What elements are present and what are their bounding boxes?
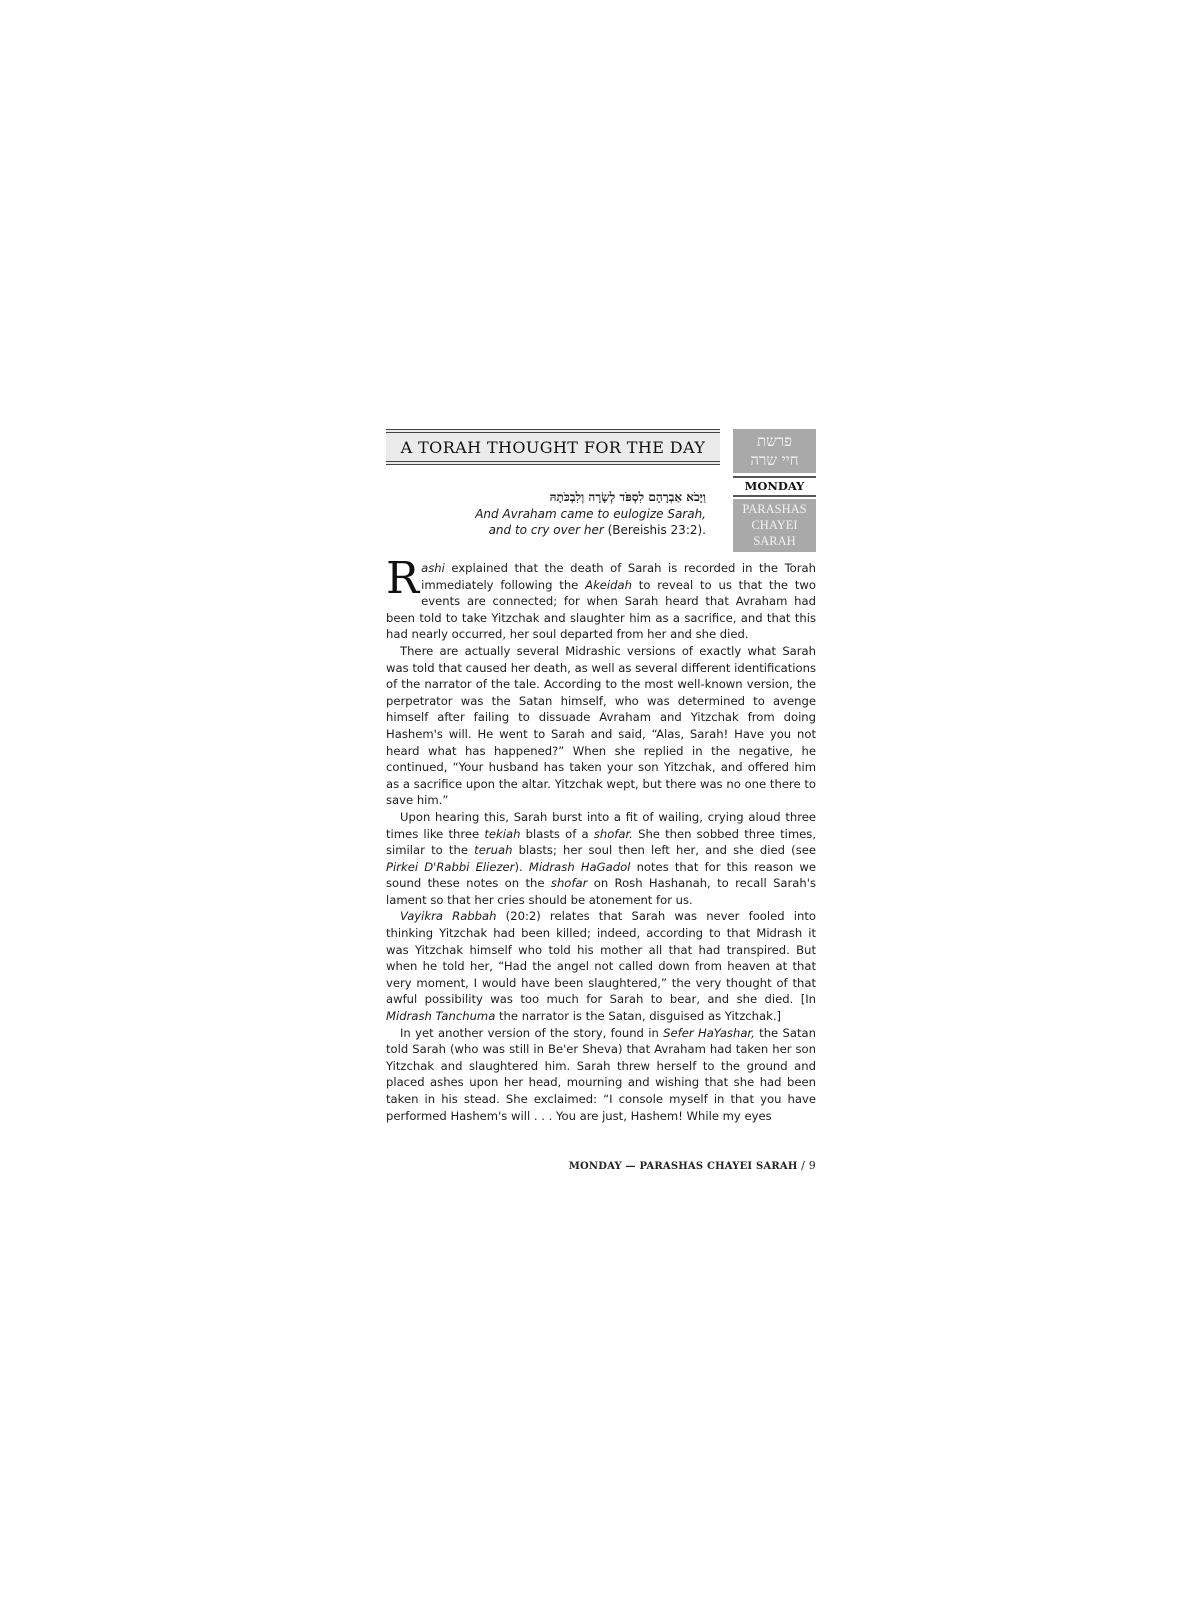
- verse-english-line-2: and to cry over her (Bereishis 23:2).: [366, 522, 706, 538]
- paragraph-2: There are actually several Midrashic ver…: [386, 643, 816, 809]
- header-row: A TORAH THOUGHT FOR THE DAY פרשת חיי שרה…: [386, 429, 816, 549]
- day-label: MONDAY: [733, 476, 816, 497]
- footer-separator: /: [797, 1159, 808, 1172]
- hebrew-parashah-box: פרשת חיי שרה: [733, 429, 816, 473]
- page-number: 9: [809, 1159, 816, 1172]
- paragraph-1-text: ashi explained that the death of Sarah i…: [386, 561, 816, 641]
- parashah-name-box: PARASHAS CHAYEI SARAH: [733, 499, 816, 552]
- body-text: Rashi explained that the death of Sarah …: [386, 560, 816, 1124]
- hebrew-line-1: פרשת: [733, 432, 816, 451]
- parashah-line-1: PARASHAS: [733, 501, 816, 517]
- hebrew-line-2: חיי שרה: [733, 451, 816, 470]
- verse-english-line-1: And Avraham came to eulogize Sarah,: [366, 506, 706, 522]
- verse-citation: (Bereishis 23:2).: [608, 523, 706, 537]
- running-head: MONDAY — PARASHAS CHAYEI SARAH: [569, 1161, 798, 1172]
- page-footer: MONDAY — PARASHAS CHAYEI SARAH / 9: [386, 1159, 816, 1172]
- paragraph-4: Vayikra Rabbah (20:2) relates that Sarah…: [386, 908, 816, 1024]
- section-title-box: A TORAH THOUGHT FOR THE DAY: [386, 429, 720, 465]
- paragraph-5: In yet another version of the story, fou…: [386, 1025, 816, 1125]
- paragraph-1: Rashi explained that the death of Sarah …: [386, 560, 816, 643]
- parashah-line-2: CHAYEI: [733, 517, 816, 533]
- book-page: A TORAH THOUGHT FOR THE DAY פרשת חיי שרה…: [386, 429, 816, 549]
- verse-hebrew: וַיָּבֹא אַבְרָהָם לִסְפֹּד לְשָׂרָה וְל…: [366, 489, 706, 506]
- paragraph-3: Upon hearing this, Sarah burst into a fi…: [386, 809, 816, 909]
- side-panel: פרשת חיי שרה MONDAY PARASHAS CHAYEI SARA…: [733, 429, 816, 552]
- verse-english-text: and to cry over her: [489, 523, 604, 537]
- verse-block: וַיָּבֹא אַבְרָהָם לִסְפֹּד לְשָׂרָה וְל…: [366, 489, 706, 538]
- drop-cap: R: [386, 562, 419, 596]
- section-title: A TORAH THOUGHT FOR THE DAY: [401, 438, 706, 457]
- parashah-line-3: SARAH: [733, 533, 816, 549]
